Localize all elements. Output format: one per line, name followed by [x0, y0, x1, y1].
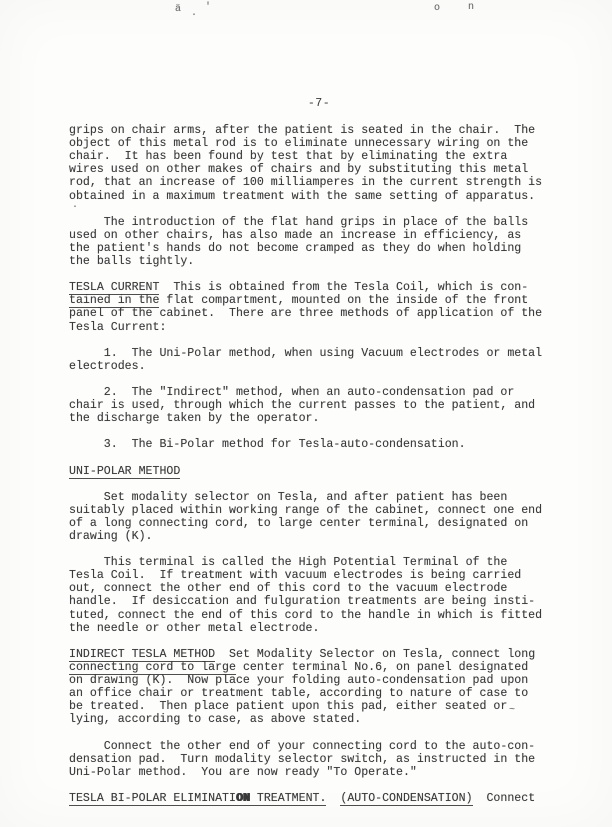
smudge-mark-2: ·: [191, 11, 197, 21]
smudge-mark-5: n: [468, 3, 474, 13]
uni-polar-method-heading: UNI-POLAR METHOD: [69, 465, 545, 478]
document-page: ä·'on·~ -7- grips on chair arms, after t…: [0, 0, 612, 827]
smudge-mark-1: ä: [175, 5, 181, 15]
page-number: -7-: [69, 97, 545, 110]
hand-grips-paragraph: The introduction of the flat hand grips …: [69, 216, 545, 268]
smudge-mark-3: ': [205, 3, 211, 13]
method-list-item-3: 3. The Bi-Polar method for Tesla-auto-co…: [69, 438, 545, 451]
document-body: -7- grips on chair arms, after the patie…: [69, 97, 545, 818]
auto-condensation-paragraph: Connect the other end of your connecting…: [69, 740, 545, 779]
smudge-mark-4: o: [434, 4, 440, 14]
high-potential-terminal-paragraph: This terminal is called the High Potenti…: [69, 556, 545, 635]
uni-polar-setup-paragraph: Set modality selector on Tesla, and afte…: [69, 491, 545, 543]
indirect-tesla-method-paragraph: INDIRECT TESLA METHOD Set Modality Selec…: [69, 648, 545, 727]
method-list-item-1: 1. The Uni-Polar method, when using Vacu…: [69, 347, 545, 373]
tesla-current-paragraph: TESLA CURRENT This is obtained from the …: [69, 281, 545, 333]
continued-paragraph: grips on chair arms, after the patient i…: [69, 124, 545, 203]
method-list-item-2: 2. The "Indirect" method, when an auto-c…: [69, 386, 545, 425]
tesla-bi-polar-heading: TESLA BI-POLAR ELIMINATION TREATMENT. (A…: [69, 792, 545, 805]
